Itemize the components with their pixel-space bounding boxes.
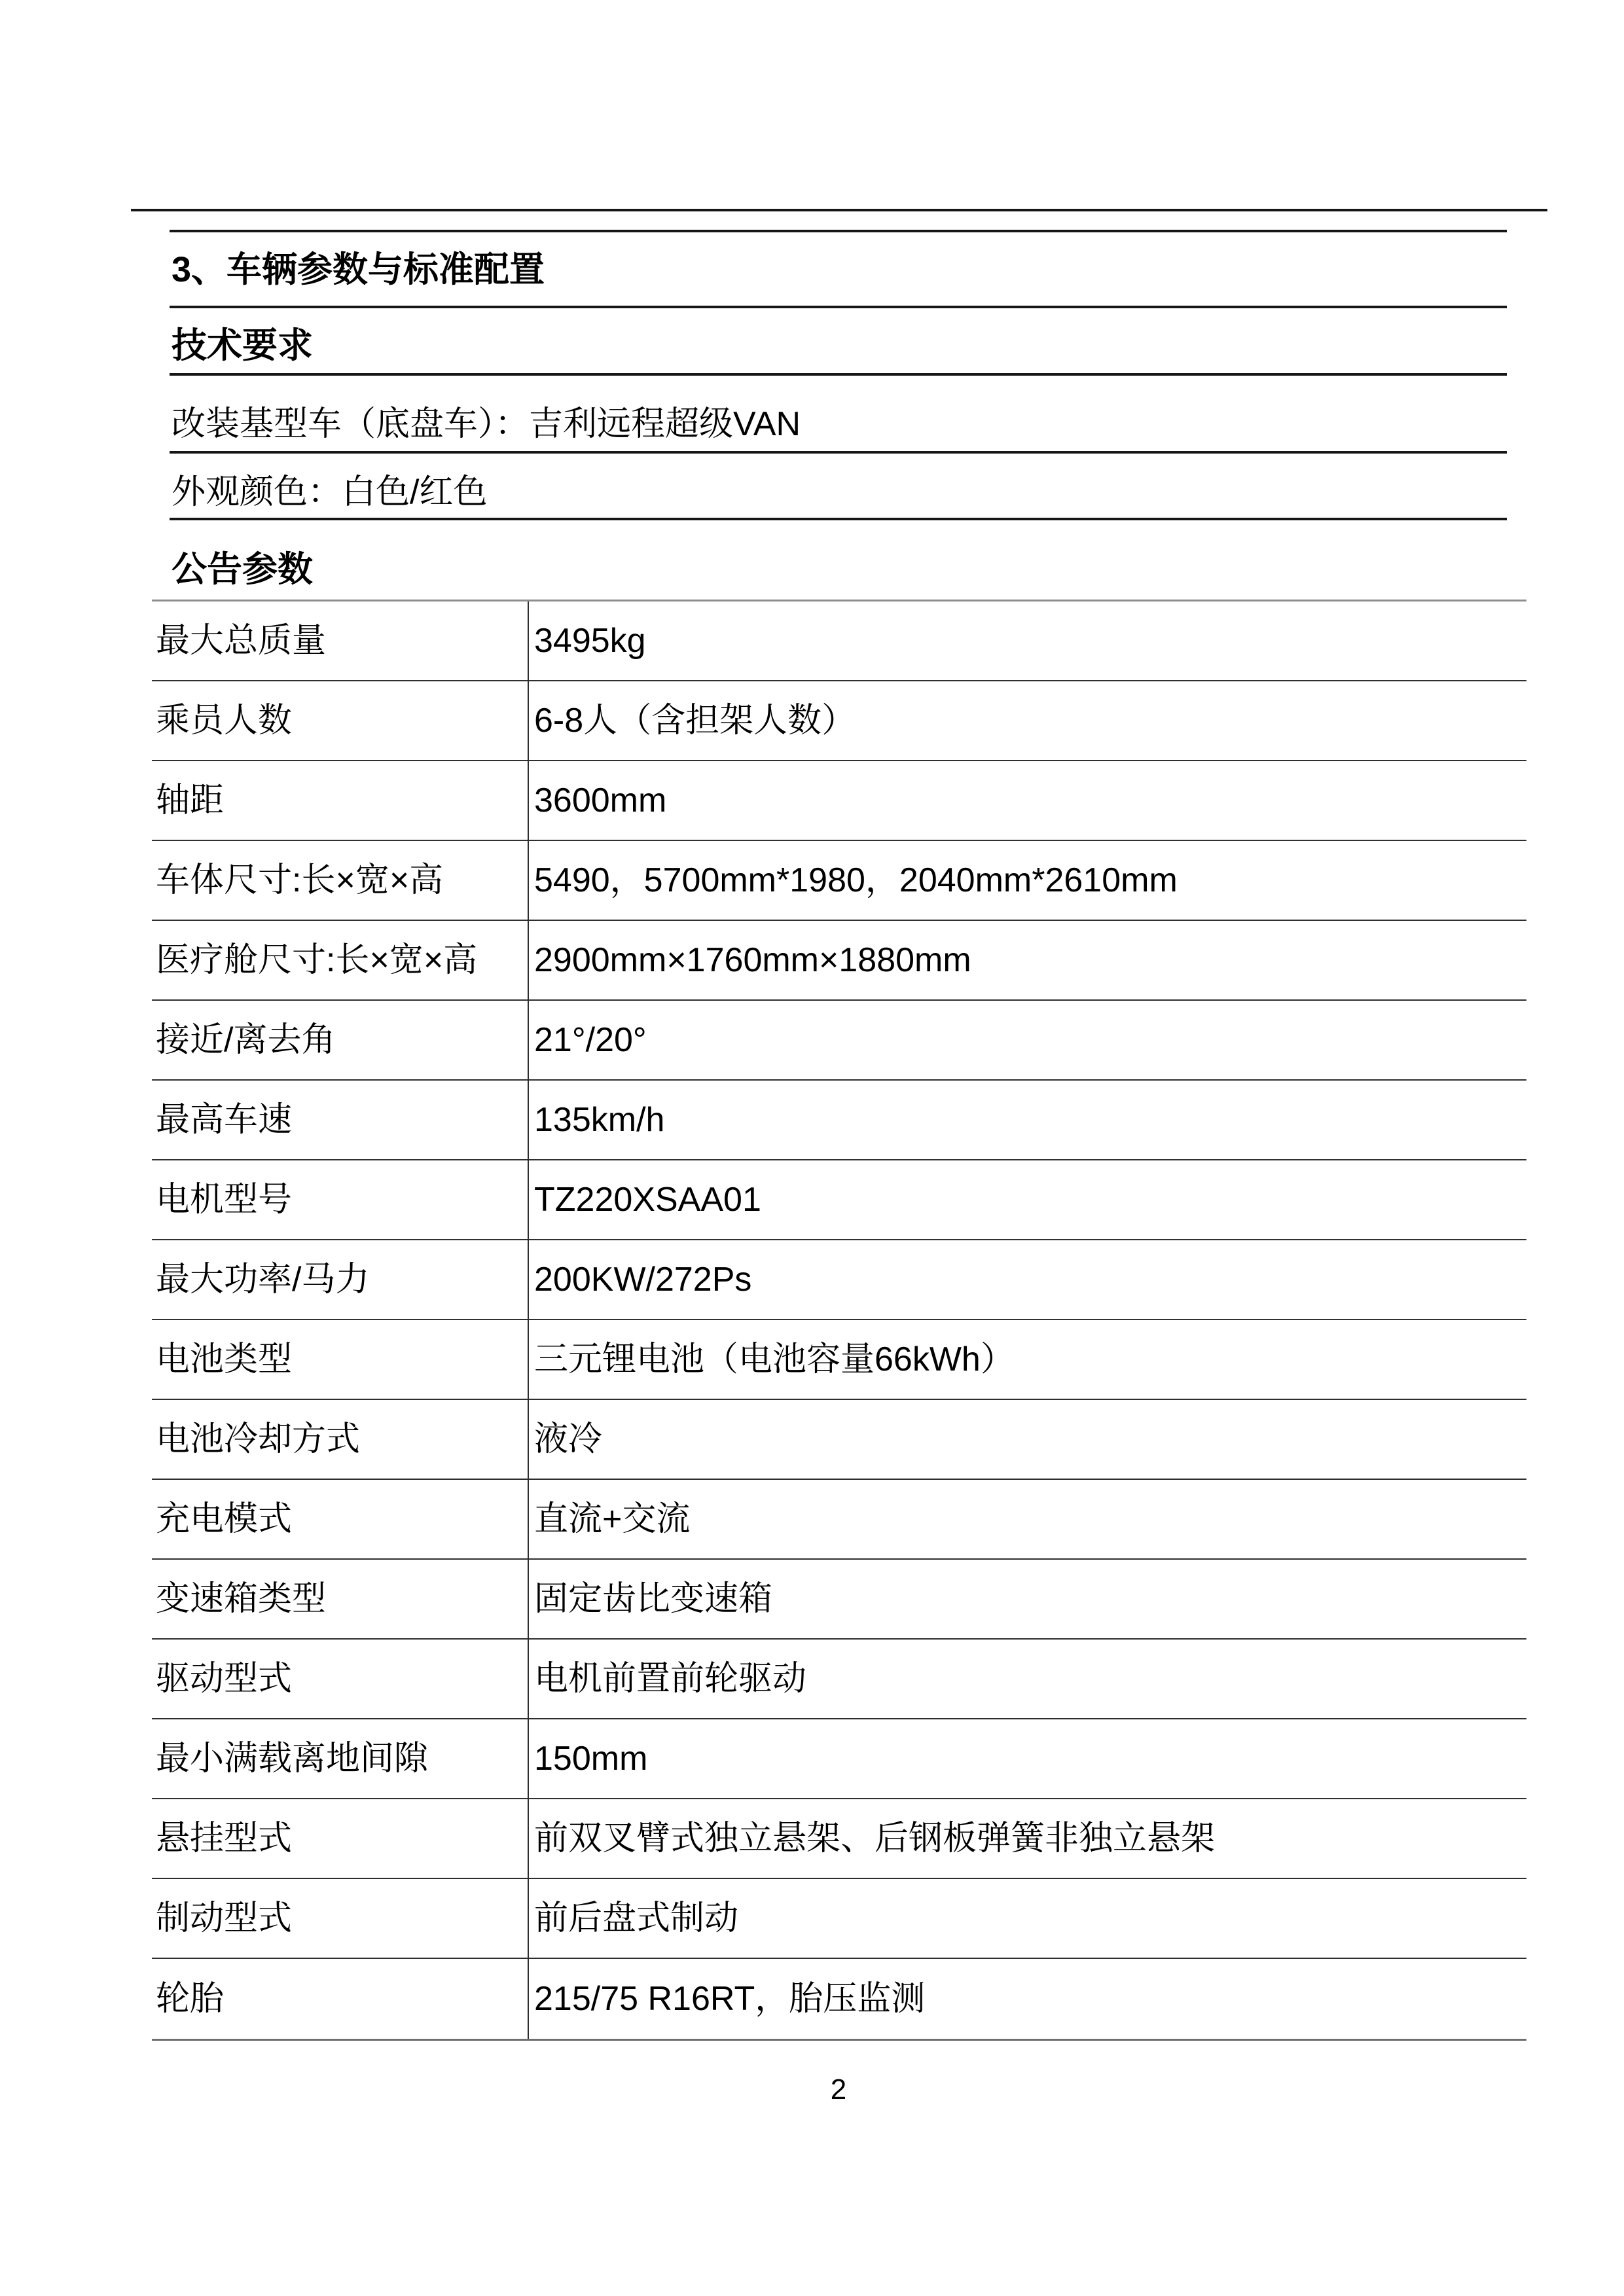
section-top-rule — [170, 230, 1507, 232]
rule-below-tech-requirements — [170, 373, 1507, 376]
param-value: 3495kg — [529, 601, 1526, 680]
param-value: 135km/h — [529, 1081, 1526, 1159]
param-label: 轮胎 — [152, 1959, 529, 2039]
param-label: 医疗舱尺寸:长×宽×高 — [152, 921, 529, 999]
param-label: 电池冷却方式 — [152, 1400, 529, 1479]
param-label: 车体尺寸:长×宽×高 — [152, 841, 529, 920]
table-row: 乘员人数6-8人（含担架人数） — [152, 681, 1526, 761]
param-value: 6-8人（含担架人数） — [529, 681, 1526, 760]
table-row: 最大总质量3495kg — [152, 601, 1526, 681]
tech-requirements-heading: 技术要求 — [171, 327, 313, 365]
page-number: 2 — [170, 2072, 1507, 2108]
table-row: 接近/离去角21°/20° — [152, 1001, 1526, 1081]
param-label: 轴距 — [152, 761, 529, 840]
param-label: 最大总质量 — [152, 601, 529, 680]
param-label: 最高车速 — [152, 1081, 529, 1159]
table-row: 轴距3600mm — [152, 761, 1526, 841]
table-row: 电机型号TZ220XSAA01 — [152, 1160, 1526, 1240]
param-label: 电池类型 — [152, 1320, 529, 1399]
table-row: 驱动型式电机前置前轮驱动 — [152, 1640, 1526, 1719]
rule-below-exterior-color — [170, 518, 1507, 520]
rule-below-title — [170, 306, 1507, 308]
param-value: 前后盘式制动 — [529, 1879, 1526, 1958]
param-value: 三元锂电池（电池容量66kWh） — [529, 1320, 1526, 1399]
param-label: 制动型式 — [152, 1879, 529, 1958]
param-label: 电机型号 — [152, 1160, 529, 1239]
param-value: 21°/20° — [529, 1001, 1526, 1079]
table-row: 最大功率/马力200KW/272Ps — [152, 1240, 1526, 1320]
param-value: 前双叉臂式独立悬架、后钢板弹簧非独立悬架 — [529, 1799, 1526, 1878]
param-value: 2900mm×1760mm×1880mm — [529, 921, 1526, 999]
table-row: 变速箱类型固定齿比变速箱 — [152, 1560, 1526, 1640]
params-table: 最大总质量3495kg乘员人数6-8人（含担架人数）轴距3600mm车体尺寸:长… — [152, 600, 1526, 2041]
param-value: 150mm — [529, 1719, 1526, 1798]
param-value: 215/75 R16RT，胎压监测 — [529, 1959, 1526, 2039]
param-label: 接近/离去角 — [152, 1001, 529, 1079]
table-row: 电池类型三元锂电池（电池容量66kWh） — [152, 1320, 1526, 1400]
base-vehicle-line: 改装基型车（底盘车）：吉利远程超级VAN — [171, 406, 801, 442]
param-value: 3600mm — [529, 761, 1526, 840]
table-row: 充电模式直流+交流 — [152, 1480, 1526, 1560]
param-label: 驱动型式 — [152, 1640, 529, 1718]
param-value: 直流+交流 — [529, 1480, 1526, 1558]
param-value: 5490，5700mm*1980，2040mm*2610mm — [529, 841, 1526, 920]
table-row: 轮胎215/75 R16RT，胎压监测 — [152, 1959, 1526, 2039]
param-value: TZ220XSAA01 — [529, 1160, 1526, 1239]
table-row: 制动型式前后盘式制动 — [152, 1879, 1526, 1959]
param-label: 乘员人数 — [152, 681, 529, 760]
table-row: 电池冷却方式液冷 — [152, 1400, 1526, 1480]
header-rule — [131, 209, 1547, 211]
param-value: 200KW/272Ps — [529, 1240, 1526, 1319]
param-label: 最小满载离地间隙 — [152, 1719, 529, 1798]
table-row: 悬挂型式前双叉臂式独立悬架、后钢板弹簧非独立悬架 — [152, 1799, 1526, 1879]
param-label: 变速箱类型 — [152, 1560, 529, 1638]
param-value: 固定齿比变速箱 — [529, 1560, 1526, 1638]
page-title: 3、车辆参数与标准配置 — [171, 251, 545, 289]
table-row: 车体尺寸:长×宽×高5490，5700mm*1980，2040mm*2610mm — [152, 841, 1526, 921]
param-label: 最大功率/马力 — [152, 1240, 529, 1319]
document-page: 3、车辆参数与标准配置 技术要求 改装基型车（底盘车）：吉利远程超级VAN 外观… — [0, 0, 1624, 2296]
table-row: 最小满载离地间隙150mm — [152, 1719, 1526, 1799]
announcement-params-heading: 公告参数 — [171, 550, 313, 588]
rule-below-base-vehicle — [170, 451, 1507, 454]
param-value: 电机前置前轮驱动 — [529, 1640, 1526, 1718]
table-row: 医疗舱尺寸:长×宽×高2900mm×1760mm×1880mm — [152, 921, 1526, 1001]
table-row: 最高车速135km/h — [152, 1081, 1526, 1160]
param-label: 充电模式 — [152, 1480, 529, 1558]
param-label: 悬挂型式 — [152, 1799, 529, 1878]
param-value: 液冷 — [529, 1400, 1526, 1479]
exterior-color-line: 外观颜色：白色/红色 — [171, 474, 487, 511]
